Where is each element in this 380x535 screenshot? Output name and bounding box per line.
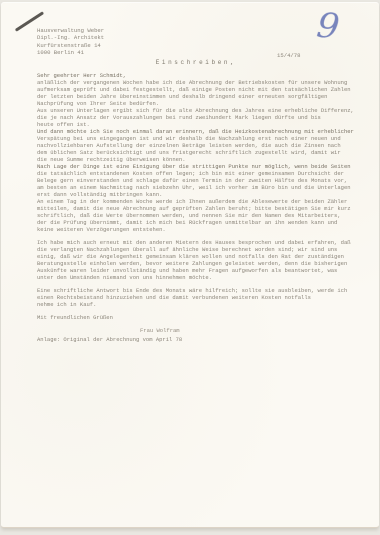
body-line: mitteilen, damit die neue Abrechnung auf… <box>37 205 356 212</box>
typed-signature: Frau Wolfram <box>37 327 356 334</box>
body-line: Belege gern einverstanden und schlage da… <box>37 177 356 184</box>
sender-address-block: Hausverwaltung Weber Dipl.-Ing. Architek… <box>37 27 104 57</box>
body-line: Aus unseren Unterlagen ergibt sich für d… <box>37 107 356 114</box>
body-line: einen Rechtsbeistand hinzuziehen und die… <box>37 294 356 301</box>
body-line: der letzten beiden Jahre übereinstimmen … <box>37 93 356 100</box>
body-line: dem üblichen Satz berücksichtigt und uns… <box>37 149 356 156</box>
body-line: aufmerksam geprüft und dabei festgestell… <box>37 86 356 93</box>
body-line: Eine schriftliche Antwort bis Ende des M… <box>37 287 356 294</box>
enclosure-note: Anlage: Original der Abrechnung vom Apri… <box>37 336 356 343</box>
sender-line: 1000 Berlin 41 <box>37 49 104 56</box>
body-line: anläßlich der vergangenen Wochen habe ic… <box>37 79 356 86</box>
body-line: An einem Tag in der kommenden Woche werd… <box>37 198 356 205</box>
letter-body: Sehr geehrter Herr Schmidt, anläßlich de… <box>37 72 356 343</box>
body-line: erst dann vollständig mitbringen kann. <box>37 191 356 198</box>
body-paragraphs: anläßlich der vergangenen Wochen habe ic… <box>37 79 356 308</box>
closing-line: Mit freundlichen Grüßen <box>37 314 356 321</box>
body-line: Ich habe mich auch erneut mit den andere… <box>37 239 356 246</box>
body-line: unter den Umständen niemand von uns hinn… <box>37 274 356 281</box>
body-line: die neue Summe rechtzeitig überweisen kö… <box>37 156 356 163</box>
body-line: Beratungsstelle einholen werden, bevor w… <box>37 260 356 267</box>
body-line: Verspätung bei uns eingegangen ist und w… <box>37 135 356 142</box>
body-line: einig, daß wir die Angelegenheit gemeins… <box>37 253 356 260</box>
body-line: der die Prüfung übernimmt, damit ich mic… <box>37 219 356 226</box>
body-line: die je nach Ansatz der Vorauszahlungen b… <box>37 114 356 121</box>
subject-line: Einschreiben, <box>37 59 355 66</box>
body-line: die tatsächlich entstandenen Kosten offe… <box>37 170 356 177</box>
sender-line: Hausverwaltung Weber <box>37 27 104 34</box>
body-paragraph: Eine schriftliche Antwort bis Ende des M… <box>37 287 356 308</box>
body-paragraph: Ich habe mich auch erneut mit den andere… <box>37 239 356 281</box>
body-line: schriftlich, daß die Werte übernommen we… <box>37 212 356 219</box>
scanned-letter-page: 9 Hausverwaltung Weber Dipl.-Ing. Archit… <box>0 0 380 535</box>
sender-line: Dipl.-Ing. Architekt <box>37 34 104 41</box>
body-line: nachvollziehbaren Aufstellung der einzel… <box>37 142 356 149</box>
body-line: nehme ich in Kauf. <box>37 301 356 308</box>
body-line: Und dann möchte ich Sie noch einmal dara… <box>37 128 356 135</box>
body-line: Auskünfte waren leider unvollständig und… <box>37 267 356 274</box>
body-line: keine weiteren Verzögerungen entstehen. <box>37 226 356 233</box>
letter-date: 15/4/78 <box>277 52 301 59</box>
body-line: die verlangten Nachzahlungen überall auf… <box>37 246 356 253</box>
handwritten-page-number: 9 <box>305 2 350 53</box>
body-line: heute offen ist. <box>37 121 356 128</box>
salutation: Sehr geehrter Herr Schmidt, <box>37 72 356 79</box>
body-line: Nach Lage der Dinge ist eine Einigung üb… <box>37 163 356 170</box>
sender-line: Kurfürstenstraße 14 <box>37 42 104 49</box>
body-line: Nachprüfung von Ihrer Seite bedürfen. <box>37 100 356 107</box>
body-line: am besten an einem Nachmittag nach siebz… <box>37 184 356 191</box>
body-paragraph: anläßlich der vergangenen Wochen habe ic… <box>37 79 356 233</box>
